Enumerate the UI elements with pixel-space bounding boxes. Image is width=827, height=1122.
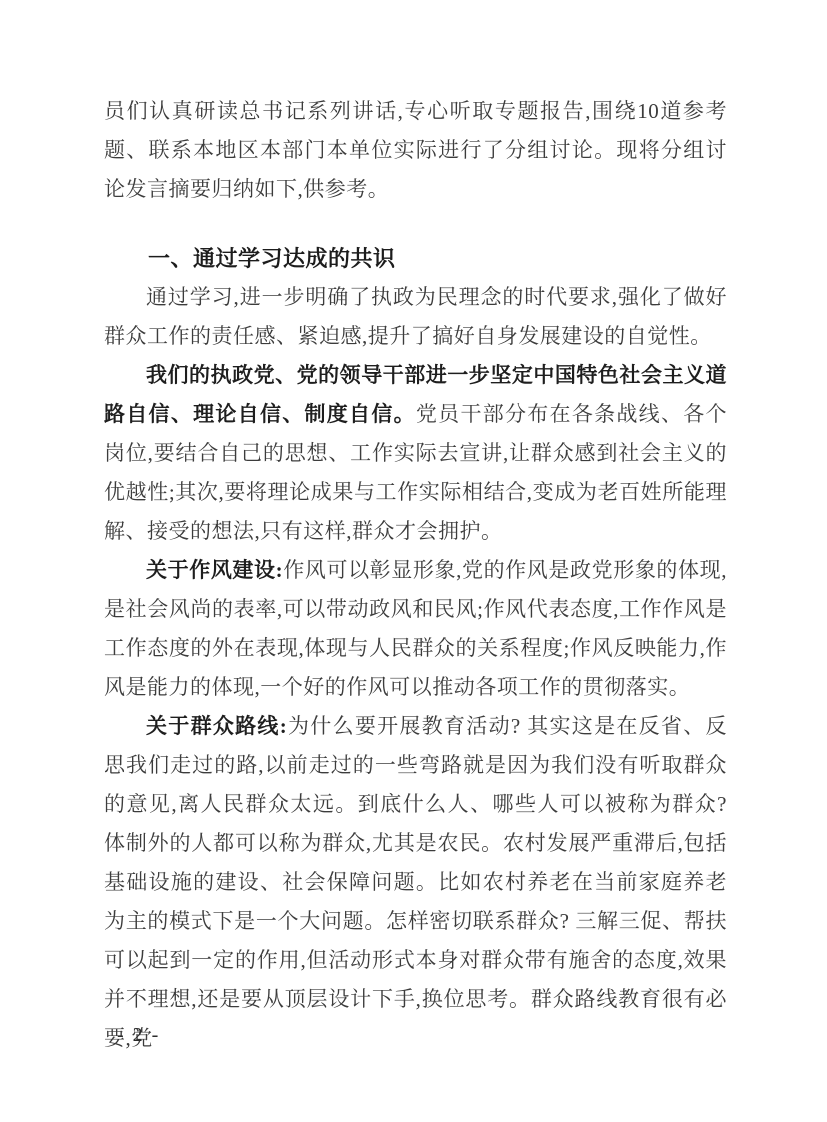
paragraph-mass-line: 关于群众路线:为什么要开展教育活动? 其实这是在反省、反思我们走过的路,以前走过…	[104, 707, 727, 1058]
section-heading: 一、通过学习达成的共识	[104, 239, 727, 278]
document-page: 员们认真研读总书记系列讲话,专心听取专题报告,围绕10道参考题、联系本地区本部门…	[0, 0, 827, 1122]
paragraph-mass-line-text: 为什么要开展教育活动? 其实这是在反省、反思我们走过的路,以前走过的一些弯路就是…	[104, 714, 727, 1050]
continuation-paragraph: 员们认真研读总书记系列讲话,专心听取专题报告,围绕10道参考题、联系本地区本部门…	[104, 92, 727, 209]
paragraph-confidence: 我们的执政党、党的领导干部进一步坚定中国特色社会主义道路自信、理论自信、制度自信…	[104, 356, 727, 551]
paragraph-work-style-bold-lead: 关于作风建设:	[146, 558, 283, 582]
document-body: 员们认真研读总书记系列讲话,专心听取专题报告,围绕10道参考题、联系本地区本部门…	[104, 92, 727, 1058]
page-number: - 2 -	[117, 1022, 160, 1048]
paragraph-mass-line-bold-lead: 关于群众路线:	[146, 714, 287, 738]
paragraph-consensus: 通过学习,进一步明确了执政为民理念的时代要求,强化了做好群众工作的责任感、紧迫感…	[104, 278, 727, 356]
paragraph-work-style: 关于作风建设:作风可以彰显形象,党的作风是政党形象的体现,是社会风尚的表率,可以…	[104, 551, 727, 707]
